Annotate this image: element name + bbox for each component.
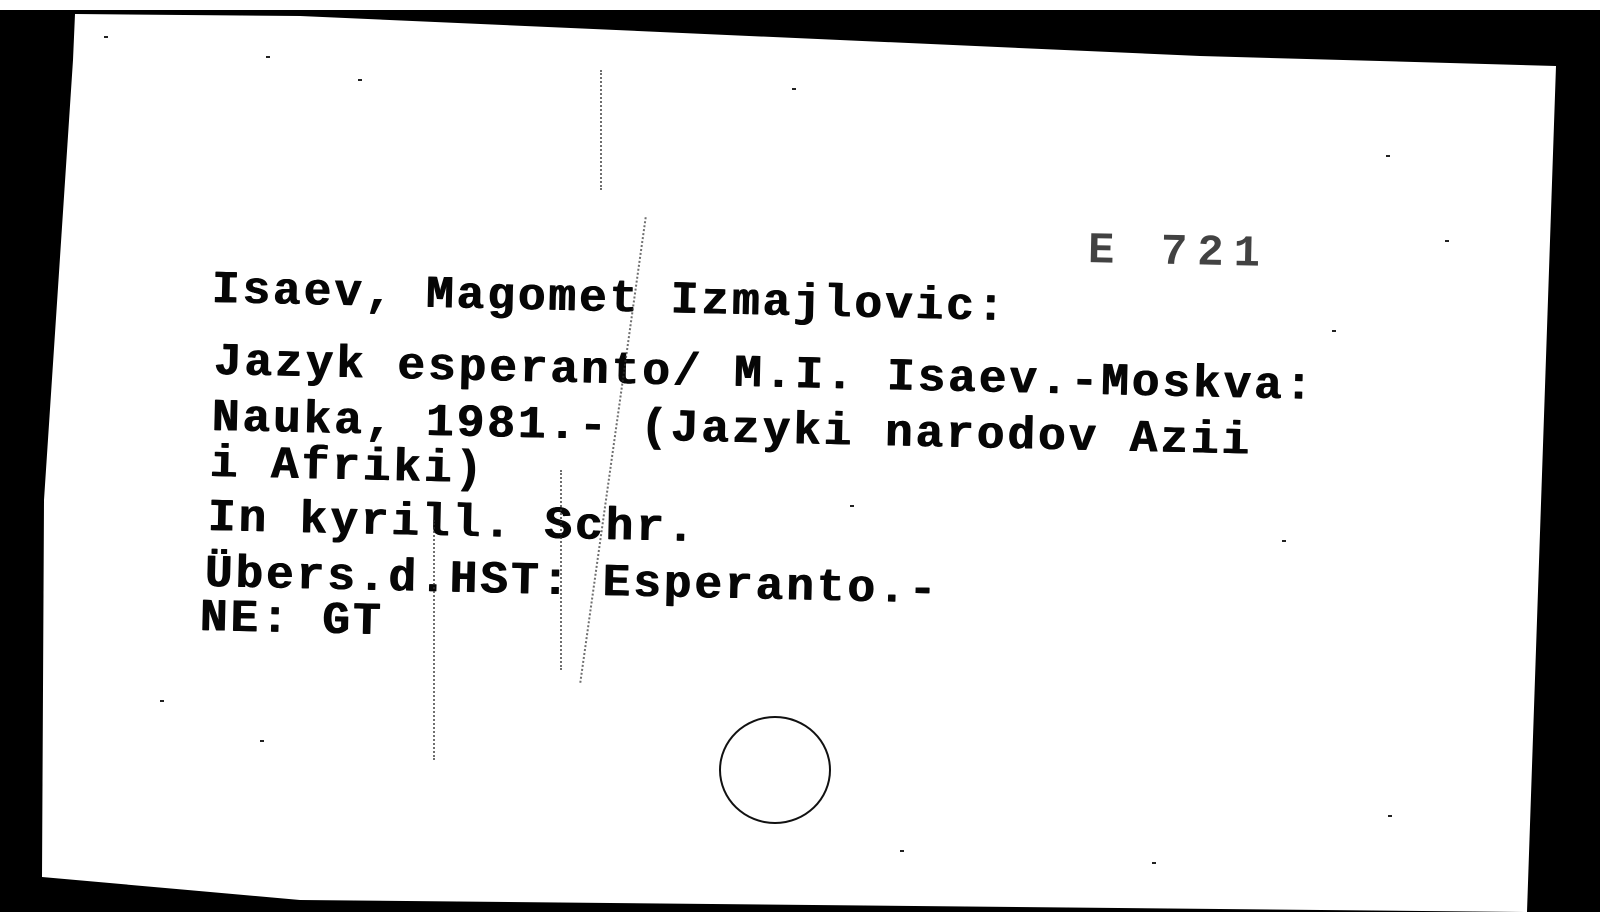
series-continuation: i Afriki) [209, 438, 486, 496]
scan-speck [160, 700, 164, 702]
rod-hole-circle [719, 716, 831, 824]
scan-speck [900, 850, 904, 852]
scan-speck [1388, 815, 1392, 817]
scan-speck [260, 740, 264, 742]
scan-speck [358, 79, 362, 81]
scan-speck [1282, 540, 1286, 542]
scan-speck [1332, 330, 1336, 332]
scan-scratch [433, 520, 435, 760]
scan-speck [850, 505, 854, 507]
scan-speck [266, 56, 270, 58]
scan-speck [104, 36, 108, 38]
call-number: E 721 [1087, 226, 1270, 280]
scan-speck [1152, 862, 1156, 864]
scan-speck [1386, 155, 1390, 157]
catalog-card: E 721 Isaev, Magomet Izmajlovic: Jazyk e… [0, 0, 1600, 912]
scan-top-margin [0, 0, 1600, 10]
scan-speck [792, 88, 796, 90]
scan-speck [1445, 240, 1449, 242]
author-heading: Isaev, Magomet Izmajlovic: [211, 264, 1008, 334]
scan-scratch [560, 470, 562, 670]
added-entry-note: NE: GT [199, 592, 384, 648]
script-note: In kyrill. Schr. [207, 492, 698, 555]
scan-scratch [600, 70, 602, 190]
